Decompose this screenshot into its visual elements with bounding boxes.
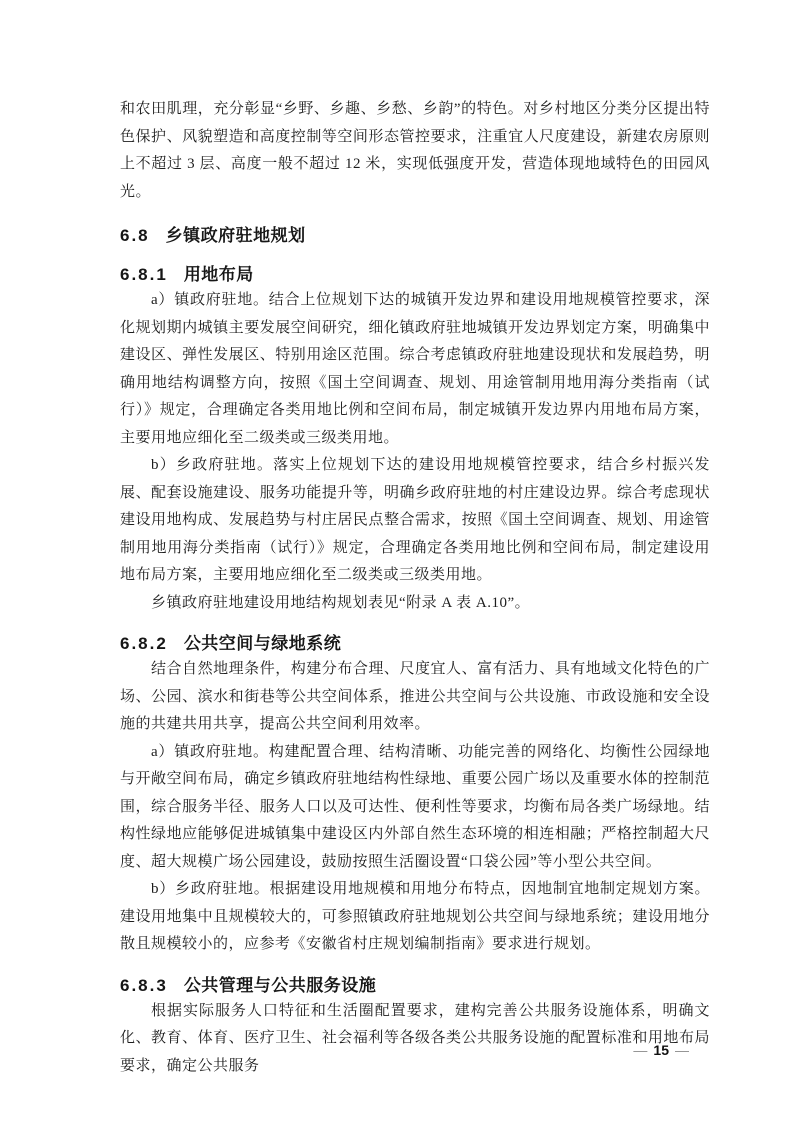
heading-title: 公共空间与绿地系统 (184, 634, 342, 653)
heading-title: 公共管理与公共服务设施 (184, 976, 377, 995)
page-footer: —15— (627, 1040, 695, 1060)
paragraph-6-8-2-item-b-township-seat: b）乡政府驻地。根据建设用地规模和用地分布特点，因地制宜地制定规划方案。建设用地… (120, 876, 710, 959)
heading-number: 6.8 (120, 224, 150, 248)
heading-title: 用地布局 (184, 265, 254, 284)
paragraph-6-8-2-item-a-town-seat: a）镇政府驻地。构建配置合理、结构清晰、功能完善的网络化、均衡性公园绿地与开敞空… (120, 739, 710, 877)
paragraph-6-8-3-intro: 根据实际服务人口特征和生活圈配置要求，建构完善公共服务设施体系，明确文化、教育、… (120, 998, 710, 1081)
heading-section-6-8: 6.8乡镇政府驻地规划 (120, 224, 710, 248)
heading-number: 6.8.1 (120, 263, 168, 287)
heading-title: 乡镇政府驻地规划 (166, 226, 306, 245)
paragraph-6-8-1-item-a-town-seat: a）镇政府驻地。结合上位规划下达的城镇开发边界和建设用地规模管控要求，深化规划期… (120, 287, 710, 452)
page-content: 和农田肌理，充分彰显“乡野、乡趣、乡愁、乡韵”的特色。对乡村地区分类分区提出特色… (120, 96, 710, 1080)
document-page: 和农田肌理，充分彰显“乡野、乡趣、乡愁、乡韵”的特色。对乡村地区分类分区提出特色… (0, 0, 793, 1122)
heading-section-6-8-2: 6.8.2公共空间与绿地系统 (120, 632, 710, 656)
footer-dash-right: — (669, 1042, 695, 1058)
heading-number: 6.8.2 (120, 632, 168, 656)
heading-section-6-8-1: 6.8.1用地布局 (120, 263, 710, 287)
heading-section-6-8-3: 6.8.3公共管理与公共服务设施 (120, 974, 710, 998)
paragraph-6-8-2-intro: 结合自然地理条件，构建分布合理、尺度宜人、富有活力、具有地域文化特色的广场、公园… (120, 656, 710, 739)
paragraph-6-8-1-item-b-township-seat: b）乡政府驻地。落实上位规划下达的建设用地规模管控要求，结合乡村振兴发展、配套设… (120, 452, 710, 590)
heading-number: 6.8.3 (120, 974, 168, 998)
paragraph-6-8-1-appendix-note: 乡镇政府驻地建设用地结构规划表见“附录 A 表 A.10”。 (120, 590, 710, 618)
paragraph-continuation-rural-character: 和农田肌理，充分彰显“乡野、乡趣、乡愁、乡韵”的特色。对乡村地区分类分区提出特色… (120, 96, 710, 206)
page-number: 15 (653, 1042, 669, 1058)
footer-dash-left: — (627, 1042, 653, 1058)
